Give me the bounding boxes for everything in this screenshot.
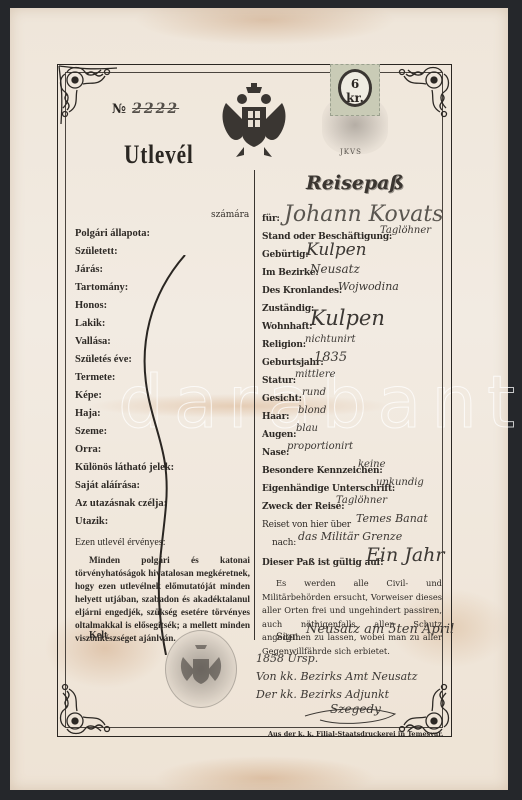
issuer-line-1: Von kk. Bezirks Amt Neusatz xyxy=(256,670,417,683)
hu-field-label: Utazik: xyxy=(75,516,108,527)
de-field-label: Gesicht: xyxy=(262,394,302,404)
year-line: 1858 Ursp. xyxy=(256,652,318,665)
hu-field-label: Született: xyxy=(75,246,118,257)
seal-eagle-icon xyxy=(179,643,223,693)
paragraph-german: Es werden alle Civil- und Militärbehörde… xyxy=(262,577,442,658)
revenue-stamp: 6 kr. xyxy=(330,64,380,116)
hu-field-label: Vallása: xyxy=(75,336,111,347)
ornament-corner-icon xyxy=(57,64,127,134)
official-seal xyxy=(165,630,237,708)
de-field-label: Wohnhaft: xyxy=(262,322,312,332)
de-field-value: rund xyxy=(302,387,326,398)
de-field-value: Ein Jahr xyxy=(366,544,445,566)
hu-field-label: Lakik: xyxy=(75,318,105,329)
de-field-label: Reiset von hier über xyxy=(262,520,351,530)
hu-field-label: Polgári állapota: xyxy=(75,228,150,239)
de-field-value: Neusatz xyxy=(310,262,360,276)
de-field-label: Statur: xyxy=(262,376,296,386)
de-field-value: mittlere xyxy=(295,369,336,380)
sign-value: Neusatz am 5ten April xyxy=(306,622,454,637)
kelt-label: Kelt xyxy=(89,630,107,641)
de-field-value: Taglöhner xyxy=(380,225,431,236)
hu-field-label: Szeme: xyxy=(75,426,107,437)
title-hungarian: Utlevél xyxy=(124,140,194,170)
hu-field-label: Orra: xyxy=(75,444,101,455)
passport-number: №2222 xyxy=(112,101,179,117)
de-field-value: Temes Banat xyxy=(356,512,428,525)
de-field-value: Kulpen xyxy=(310,306,385,330)
signature-flourish xyxy=(300,698,400,728)
hu-field-label: Tartomány: xyxy=(75,282,128,293)
de-field-value: proportionirt xyxy=(287,441,353,452)
number-label: № xyxy=(112,102,126,117)
de-field-label: nach: xyxy=(272,538,296,548)
de-field-label: Augen: xyxy=(262,430,296,440)
number-value: 2222 xyxy=(132,101,179,117)
stamp-cancel-text: JKVS xyxy=(340,148,362,156)
sign-label: Sign. xyxy=(276,632,301,643)
title-german: Reisepaß xyxy=(306,172,404,194)
de-field-value: unkundig xyxy=(376,477,424,488)
de-field-label: Zweck der Reise: xyxy=(262,502,344,512)
ornament-corner-icon xyxy=(57,667,127,737)
stamp-denomination: 6 kr. xyxy=(338,69,372,107)
de-field-value: blond xyxy=(298,405,326,416)
de-field-label: Nase: xyxy=(262,448,289,458)
de-field-label: Haar: xyxy=(262,412,289,422)
de-field-value: nichtunirt xyxy=(305,334,356,345)
de-field-label: Religion: xyxy=(262,340,306,350)
de-field-value: Johann Kovats xyxy=(284,202,443,227)
de-field-label: Gebürtig: xyxy=(262,250,308,260)
de-field-value: das Militär Grenze xyxy=(298,530,402,543)
hu-field-label: Haja: xyxy=(75,408,101,419)
ornament-corner-icon xyxy=(382,64,452,134)
de-field-value: Kulpen xyxy=(306,240,367,260)
hu-field-label: Termete: xyxy=(75,372,115,383)
de-field-label: für: xyxy=(262,214,280,224)
de-field-value: Taglöhner xyxy=(336,495,387,506)
hu-field-label: Járás: xyxy=(75,264,103,275)
coat-of-arms-eagle-icon xyxy=(218,83,290,163)
hu-field-label: Születés éve: xyxy=(75,354,132,365)
de-field-value: 1835 xyxy=(314,350,347,365)
de-field-value: keine xyxy=(358,459,386,470)
hu-field-label: Honos: xyxy=(75,300,107,311)
de-field-label: Des Kronlandes: xyxy=(262,286,342,296)
de-field-value: blau xyxy=(296,423,318,434)
printer-imprint: Aus der k. k. Filial-Staatsdruckerei in … xyxy=(268,730,443,738)
for-label-hungarian: számára xyxy=(211,210,249,220)
de-field-label: Zuständig: xyxy=(262,304,314,314)
hu-field-label: Képe: xyxy=(75,390,102,401)
column-divider xyxy=(254,170,255,640)
de-field-value: Wojwodina xyxy=(338,280,399,293)
